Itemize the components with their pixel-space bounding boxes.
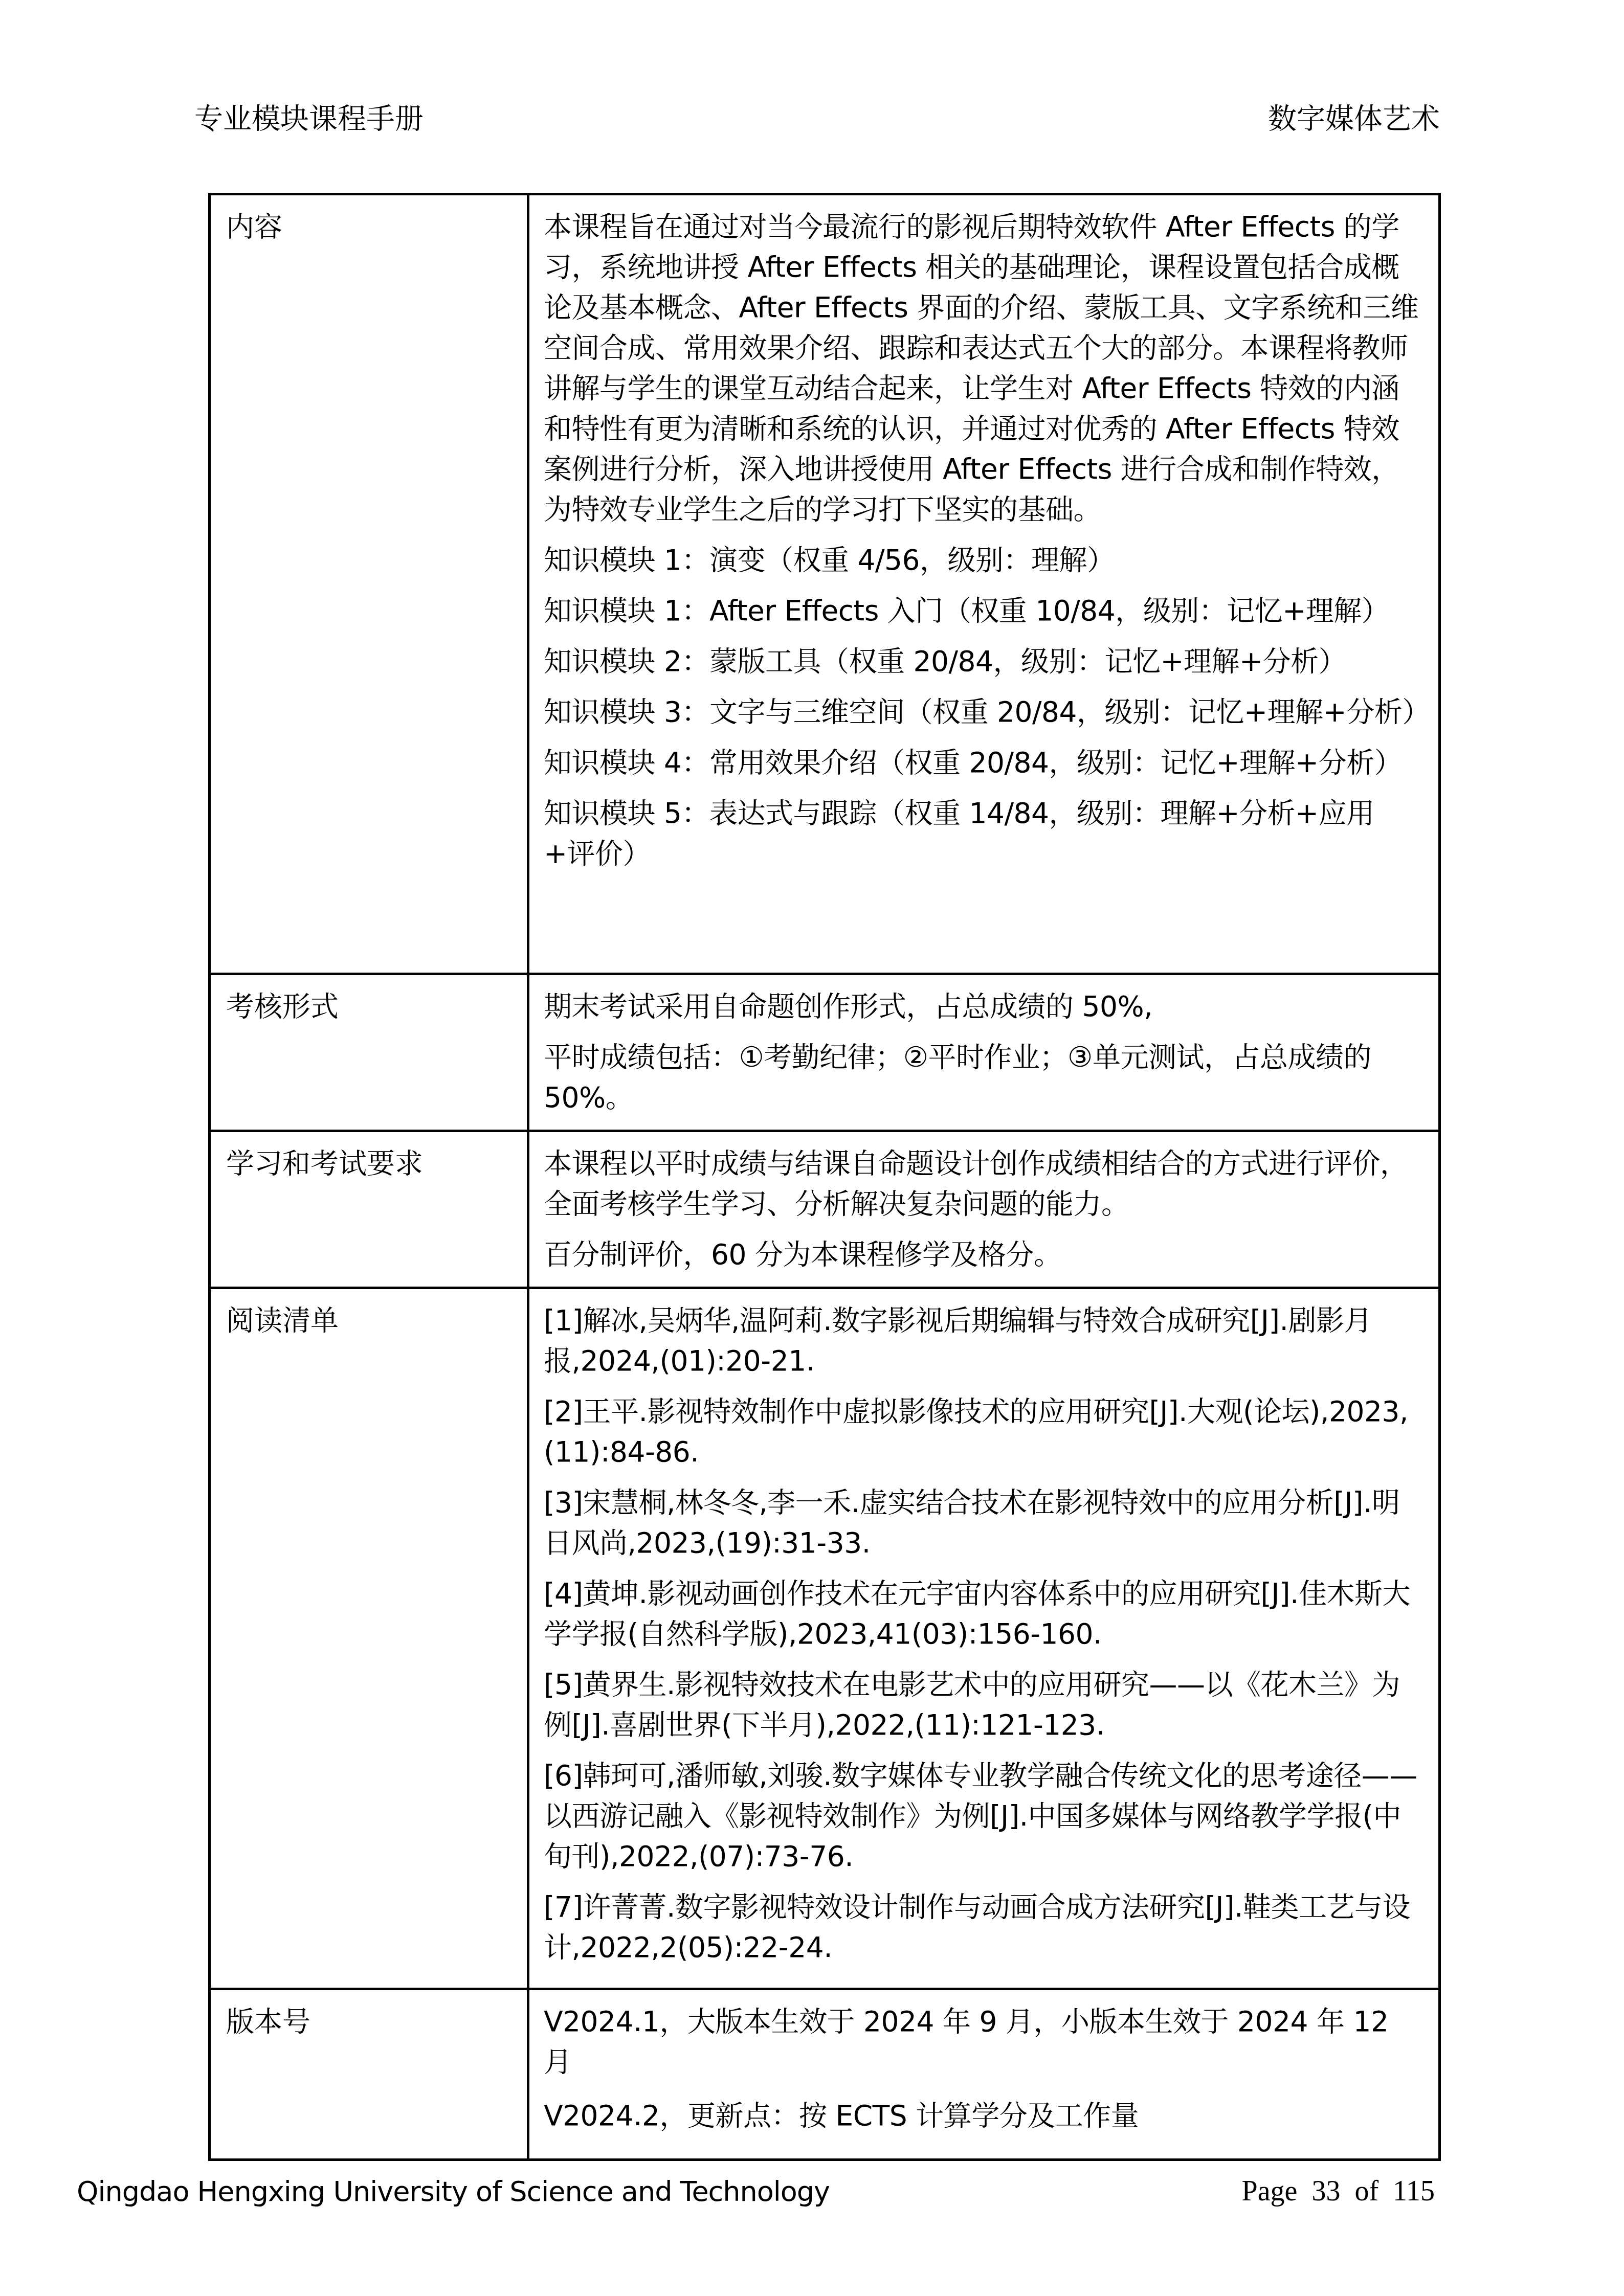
table-row-assessment: 考核形式 期末考试采用自命题创作形式，占总成绩的 50%, 平时成绩包括：①考勤… [210, 974, 1440, 1131]
page-footer: Qingdao Hengxing University of Science a… [77, 2171, 1440, 2212]
table-row-content: 内容 本课程旨在通过对当今最流行的影视后期特效软件 After Effects … [210, 194, 1440, 974]
reference-item: [3]宋慧桐,林冬冬,李一禾.虚实结合技术在影视特效中的应用分析[J].明日风尚… [544, 1482, 1424, 1563]
page-header: 专业模块课程手册 数字媒体艺术 [194, 96, 1440, 137]
knowledge-module: 知识模块 1：演变（权重 4/56，级别：理解） [544, 540, 1424, 580]
table-row-version: 版本号 V2024.1，大版本生效于 2024 年 9 月，小版本生效于 202… [210, 1989, 1440, 2160]
institution-name: Qingdao Hengxing University of Science a… [77, 2175, 830, 2208]
page-number: Page 33 of 115 [1242, 2175, 1435, 2208]
reference-item: [7]许菁菁.数字影视特效设计制作与动画合成方法研究[J].鞋类工艺与设计,20… [544, 1887, 1424, 1968]
row-label: 阅读清单 [210, 1288, 528, 1989]
knowledge-module: 知识模块 5：表达式与跟踪（权重 14/84，级别：理解+分析+应用+评价） [544, 793, 1424, 874]
page-of: of [1354, 2175, 1378, 2207]
knowledge-module: 知识模块 3：文字与三维空间（权重 20/84，级别：记忆+理解+分析） [544, 692, 1424, 732]
assessment-regular-grade: 平时成绩包括：①考勤纪律；②平时作业；③单元测试，占总成绩的 50%。 [544, 1037, 1424, 1118]
requirements-text: 本课程以平时成绩与结课自命题设计创作成绩相结合的方式进行评价，全面考核学生学习、… [544, 1143, 1424, 1224]
version-entry: V2024.2，更新点：按 ECTS 计算学分及工作量 [544, 2096, 1424, 2136]
row-content-cell: [1]解冰,吴炳华,温阿莉.数字影视后期编辑与特效合成研究[J].剧影月报,20… [528, 1288, 1440, 1989]
knowledge-module: 知识模块 2：蒙版工具（权重 20/84，级别：记忆+理解+分析） [544, 641, 1424, 682]
knowledge-module: 知识模块 1：After Effects 入门（权重 10/84，级别：记忆+理… [544, 591, 1424, 631]
assessment-final-exam: 期末考试采用自命题创作形式，占总成绩的 50%, [544, 986, 1424, 1027]
page-current: 33 [1311, 2175, 1340, 2207]
row-label: 考核形式 [210, 974, 528, 1131]
page-label: Page [1242, 2175, 1298, 2207]
row-content-cell: 本课程以平时成绩与结课自命题设计创作成绩相结合的方式进行评价，全面考核学生学习、… [528, 1131, 1440, 1288]
reference-item: [6]韩珂可,潘师敏,刘骏.数字媒体专业教学融合传统文化的思考途径——以西游记融… [544, 1755, 1424, 1877]
course-info-table: 内容 本课程旨在通过对当今最流行的影视后期特效软件 After Effects … [208, 193, 1441, 2161]
table-row-reading-list: 阅读清单 [1]解冰,吴炳华,温阿莉.数字影视后期编辑与特效合成研究[J].剧影… [210, 1288, 1440, 1989]
page-total: 115 [1393, 2175, 1435, 2207]
reference-item: [4]黄坤.影视动画创作技术在元宇宙内容体系中的应用研究[J].佳木斯大学学报(… [544, 1573, 1424, 1654]
row-content-cell: 期末考试采用自命题创作形式，占总成绩的 50%, 平时成绩包括：①考勤纪律；②平… [528, 974, 1440, 1131]
row-content-cell: V2024.1，大版本生效于 2024 年 9 月，小版本生效于 2024 年 … [528, 1989, 1440, 2160]
row-content-cell: 本课程旨在通过对当今最流行的影视后期特效软件 After Effects 的学习… [528, 194, 1440, 974]
reference-item: [1]解冰,吴炳华,温阿莉.数字影视后期编辑与特效合成研究[J].剧影月报,20… [544, 1300, 1424, 1381]
row-label: 学习和考试要求 [210, 1131, 528, 1288]
grading-scale: 百分制评价，60 分为本课程修学及格分。 [544, 1234, 1424, 1275]
row-label: 版本号 [210, 1989, 528, 2160]
major-title: 数字媒体艺术 [1268, 96, 1440, 137]
course-description: 本课程旨在通过对当今最流行的影视后期特效软件 After Effects 的学习… [544, 207, 1424, 530]
handbook-title: 专业模块课程手册 [194, 96, 424, 137]
reference-item: [5]黄界生.影视特效技术在电影艺术中的应用研究——以《花木兰》为例[J].喜剧… [544, 1664, 1424, 1745]
knowledge-module: 知识模块 4：常用效果介绍（权重 20/84，级别：记忆+理解+分析） [544, 742, 1424, 783]
table-row-requirements: 学习和考试要求 本课程以平时成绩与结课自命题设计创作成绩相结合的方式进行评价，全… [210, 1131, 1440, 1288]
row-label: 内容 [210, 194, 528, 974]
version-entry: V2024.1，大版本生效于 2024 年 9 月，小版本生效于 2024 年 … [544, 2001, 1424, 2082]
reference-item: [2]王平.影视特效制作中虚拟影像技术的应用研究[J].大观(论坛),2023,… [544, 1391, 1424, 1472]
